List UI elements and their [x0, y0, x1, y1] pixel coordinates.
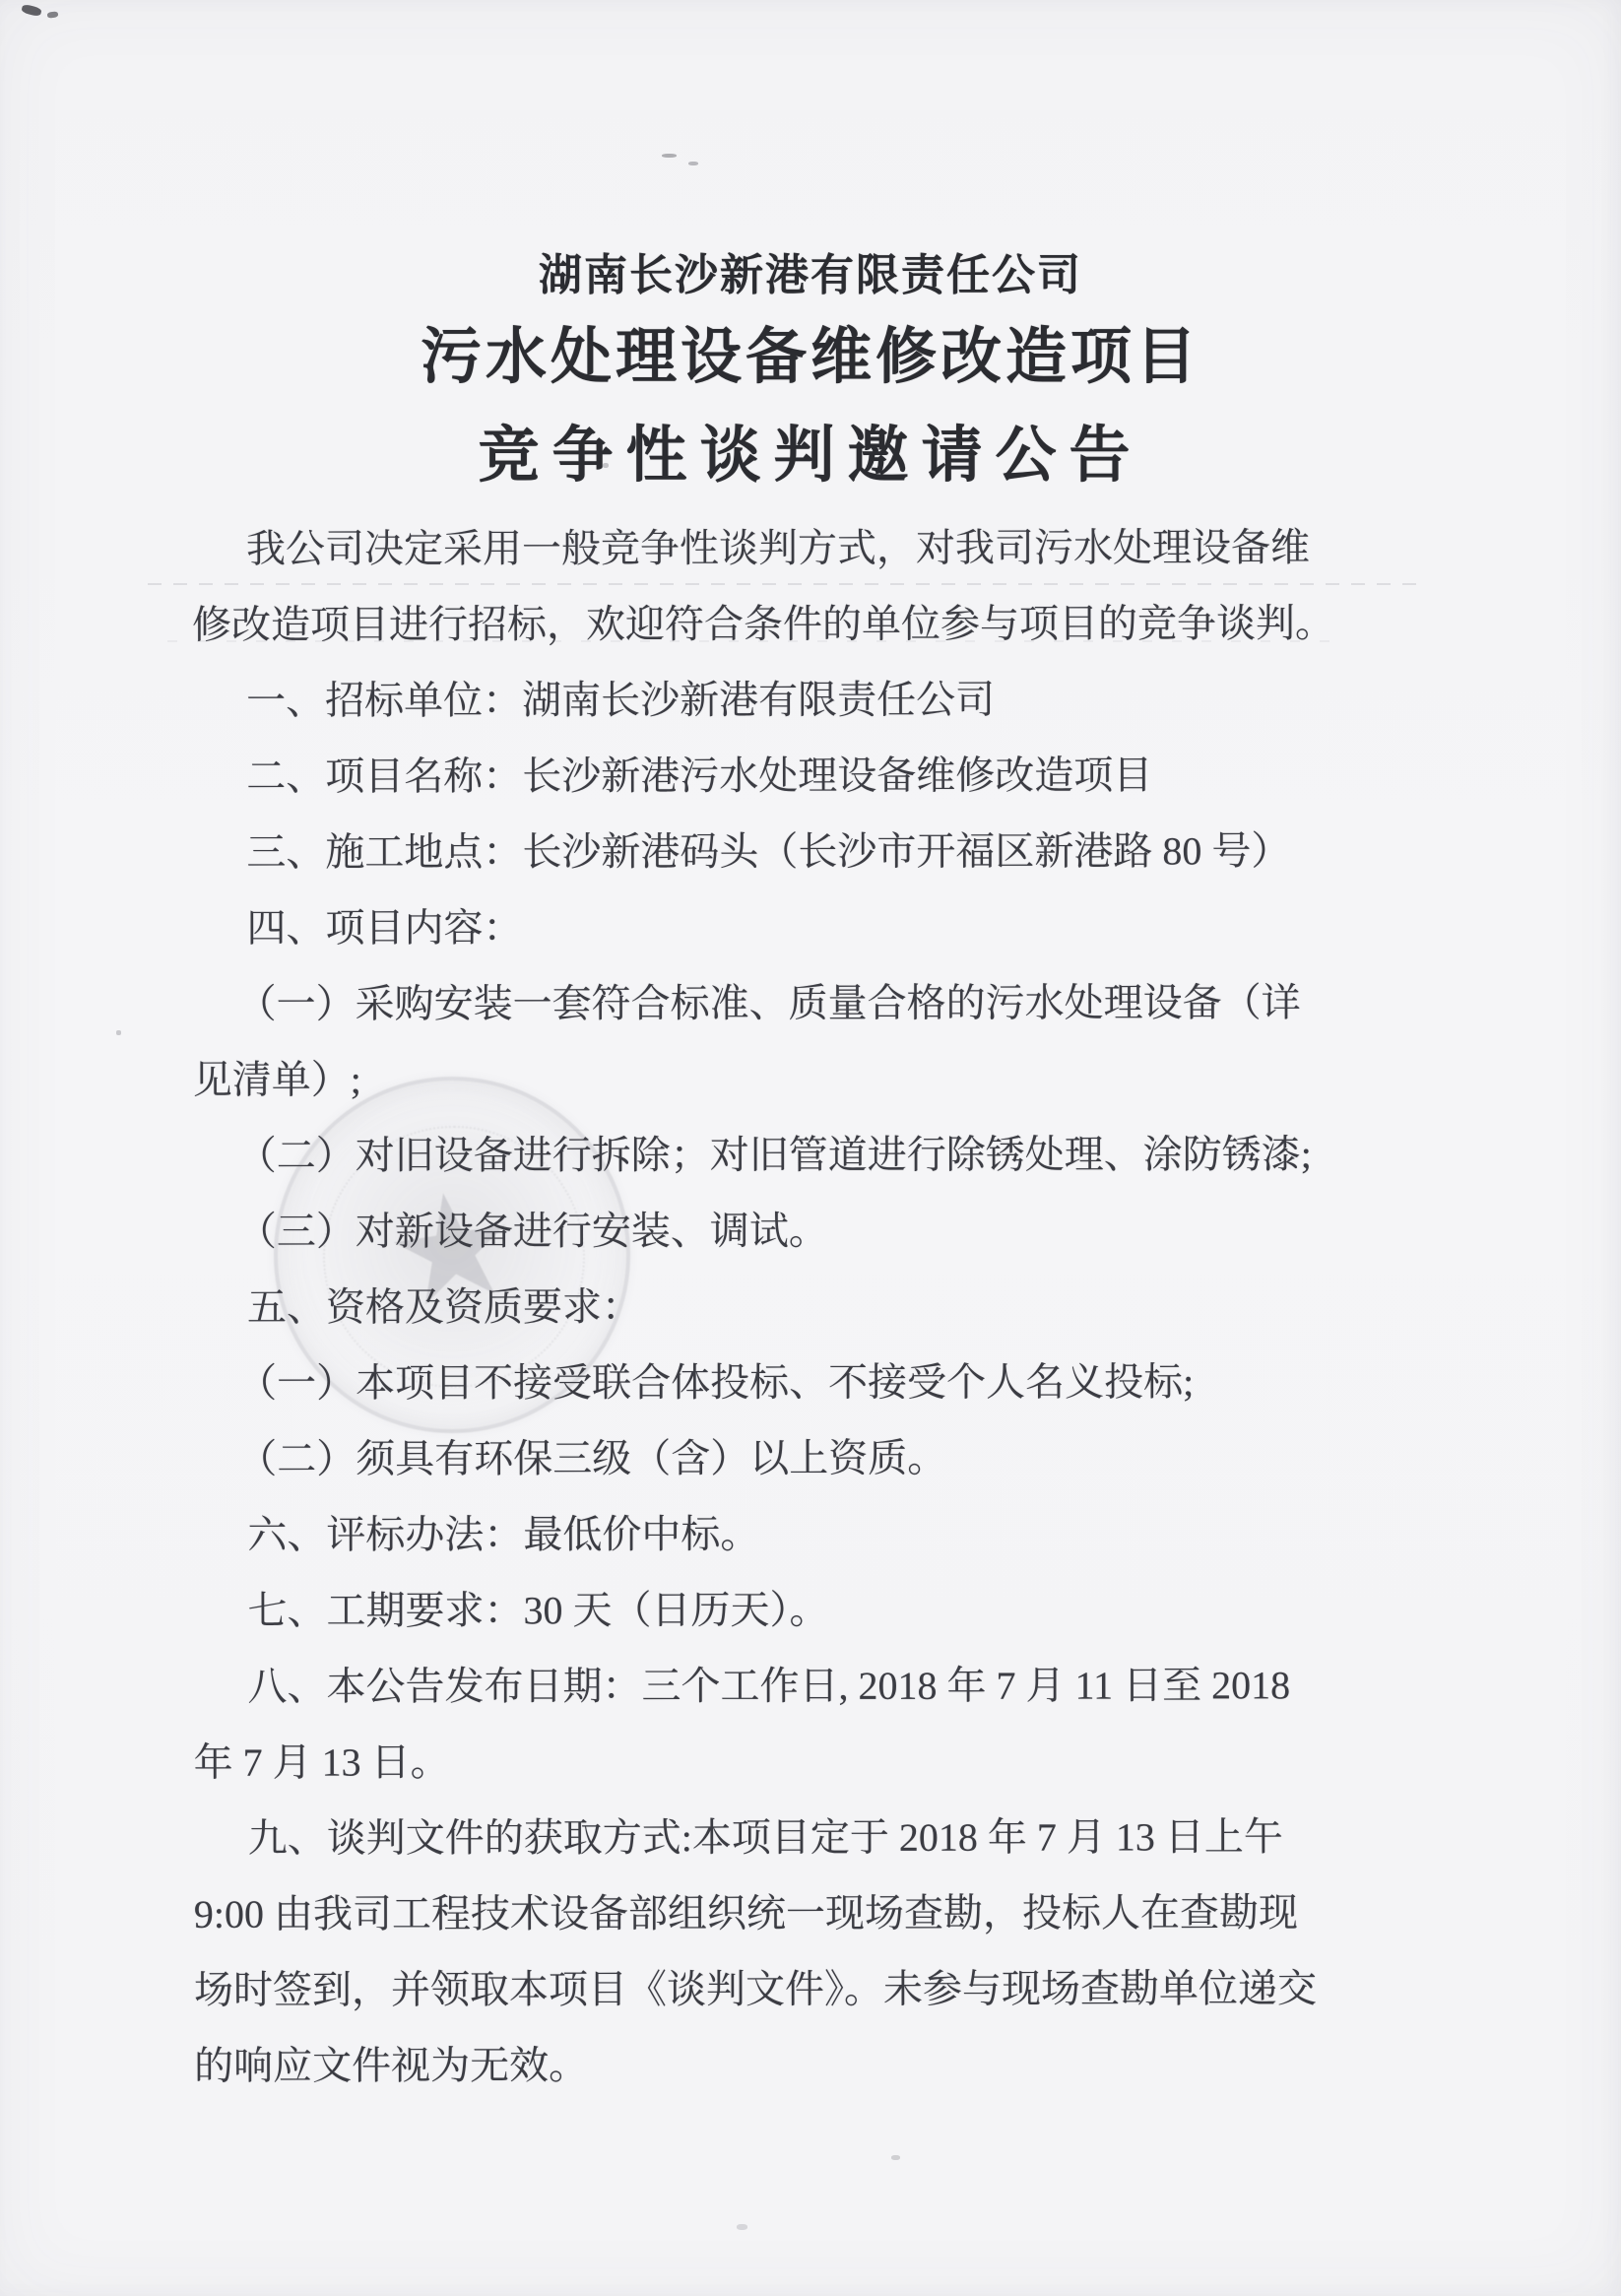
scan-speck [891, 2155, 900, 2160]
document-title-line: 污水处理设备维修改造项目 [0, 327, 1621, 388]
text-line: 我公司决定采用一般竞争性谈判方式，对我司污水处理设备维 [192, 509, 1413, 587]
text-line: 七、工期要求：30 天（日历天）。 [193, 1571, 1414, 1649]
scan-speck [662, 154, 677, 158]
scan-speck [688, 162, 698, 165]
text-line: 的响应文件视为无效。 [194, 2026, 1415, 2104]
document-body: 我公司决定采用一般竞争性谈判方式，对我司污水处理设备维修改造项目进行招标，欢迎符… [192, 509, 1415, 2104]
text-line: （一）采购安装一套符合标准、质量合格的污水处理设备（详 [193, 964, 1414, 1042]
scan-speck [21, 4, 42, 18]
text-line: 九、谈判文件的获取方式:本项目定于 2018 年 7 月 13 日上午 [194, 1799, 1415, 1876]
text-line: 9:00 由我司工程技术设备部组织统一现场查勘，投标人在查勘现 [194, 1874, 1415, 1952]
document-header: 湖南长沙新港有限责任公司污水处理设备维修改造项目竞争性谈判邀请公告 [0, 254, 1621, 487]
text-line: 五、资格及资质要求： [193, 1268, 1414, 1345]
text-line: 四、项目内容： [192, 888, 1413, 966]
text-line: （二）对旧设备进行拆除；对旧管道进行除锈处理、涂防锈漆; [193, 1116, 1414, 1194]
text-line: 修改造项目进行招标，欢迎符合条件的单位参与项目的竞争谈判。 [192, 585, 1413, 663]
scan-speck [47, 11, 59, 18]
text-line: 年 7 月 13 日。 [194, 1723, 1415, 1801]
document-title-line: 竞争性谈判邀请公告 [0, 426, 1621, 487]
text-line: 六、评标办法：最低价中标。 [193, 1495, 1414, 1573]
text-line: 见清单）; [193, 1040, 1414, 1118]
text-line: （一）本项目不接受联合体投标、不接受个人名义投标; [193, 1344, 1414, 1421]
text-line: （二）须具有环保三级（含）以上资质。 [193, 1419, 1414, 1497]
text-line: 一、招标单位：湖南长沙新港有限责任公司 [192, 661, 1413, 739]
text-line: 场时签到，并领取本项目《谈判文件》。未参与现场查勘单位递交 [194, 1950, 1415, 2028]
text-line: （三）对新设备进行安装、调试。 [193, 1192, 1414, 1270]
document-title-line: 湖南长沙新港有限责任公司 [0, 254, 1621, 297]
text-line: 八、本公告发布日期：三个工作日, 2018 年 7 月 11 日至 2018 [193, 1647, 1414, 1725]
scan-speck [116, 1030, 121, 1035]
text-line: 二、项目名称：长沙新港污水处理设备维修改造项目 [192, 737, 1413, 815]
text-line: 三、施工地点：长沙新港码头（长沙市开福区新港路 80 号） [192, 813, 1413, 890]
scan-speck [737, 2224, 747, 2230]
scanned-document-page: ★ 湖南长沙新港有限责任公司污水处理设备维修改造项目竞争性谈判邀请公告 我公司决… [0, 0, 1621, 2296]
